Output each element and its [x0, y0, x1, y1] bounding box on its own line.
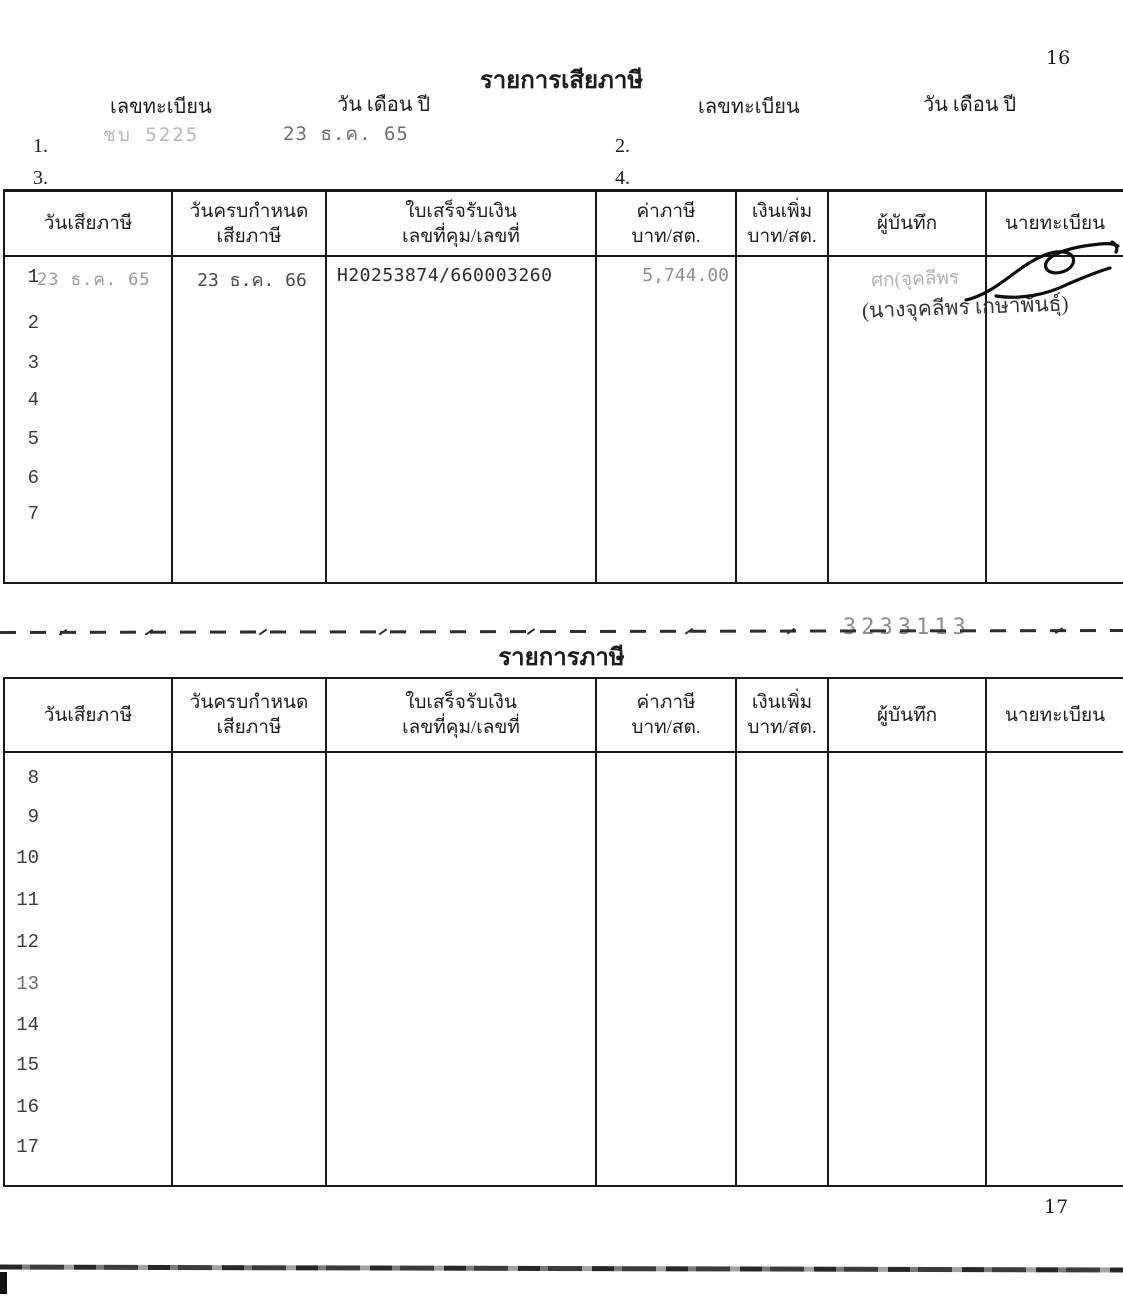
- header-tax-date: วันเสียภาษี: [5, 192, 171, 255]
- registration-label-left: เลขทะเบียน: [110, 90, 212, 122]
- table1-row-number: 7: [11, 503, 39, 525]
- header-receipt: ใบเสร็จรับเงินเลขที่คุม/เลขที่: [327, 679, 595, 751]
- table2-column-divider: [325, 679, 327, 1185]
- row1-tax-date-stamp: 23 ธ.ค. 65: [37, 266, 151, 293]
- date-label-left: วัน เดือน ปี: [337, 88, 430, 120]
- header-surcharge-line2: บาท/สต.: [737, 715, 827, 740]
- header-recorder: ผู้บันทึก: [829, 679, 985, 751]
- header-tax-date-label: วันเสียภาษี: [5, 211, 171, 236]
- perforation-tick: [527, 628, 536, 635]
- header-tax-amount-line1: ค่าภาษี: [597, 199, 735, 224]
- table2-column-divider: [171, 679, 173, 1185]
- section2-title: รายการภาษี: [0, 637, 1123, 676]
- tax-record-table-1: วันเสียภาษี วันครบกำหนดเสียภาษี ใบเสร็จร…: [3, 189, 1123, 584]
- table2-row-number: 9: [11, 806, 39, 828]
- header-tax-amount-line2: บาท/สต.: [597, 715, 735, 740]
- header-surcharge: เงินเพิ่มบาท/สต.: [737, 192, 827, 255]
- perforation-tick: [787, 628, 796, 635]
- item-number-3: 3.: [33, 167, 48, 190]
- header-tax-amount: ค่าภาษีบาท/สต.: [597, 679, 735, 751]
- perforation-tick: [59, 629, 68, 636]
- header-surcharge-line2: บาท/สต.: [737, 224, 827, 249]
- perforation-tick: [145, 629, 154, 636]
- table1-row-number: 2: [11, 312, 39, 334]
- table2-column-divider: [985, 679, 987, 1185]
- table2-row-number: 12: [11, 931, 39, 953]
- row1-receipt-number: H20253874/660003260: [337, 265, 552, 286]
- header-recorder-label: ผู้บันทึก: [829, 211, 985, 236]
- table2-row-number: 17: [11, 1136, 39, 1158]
- header-surcharge-line1: เงินเพิ่ม: [737, 690, 827, 715]
- table1-row-number: 3: [11, 352, 39, 374]
- scan-edge-artifact-line: [0, 1265, 1123, 1273]
- table2-row-number: 13: [11, 973, 39, 995]
- perforation-tick: [1055, 627, 1064, 634]
- page-number-bottom: 17: [1044, 1196, 1068, 1218]
- registration-label-right: เลขทะเบียน: [698, 90, 800, 122]
- table2-row-number: 8: [11, 767, 39, 789]
- row1-tax-amount: 5,744.00: [597, 265, 729, 286]
- table2-column-divider: [735, 679, 737, 1185]
- table2-row-number: 16: [11, 1096, 39, 1118]
- header-due-date: วันครบกำหนดเสียภาษี: [173, 679, 325, 751]
- row1-due-date-stamp: 23 ธ.ค. 66: [183, 265, 321, 294]
- table1-row-number: 5: [11, 428, 39, 450]
- header-receipt-line1: ใบเสร็จรับเงิน: [327, 199, 595, 224]
- header-tax-date-label: วันเสียภาษี: [5, 703, 171, 728]
- item-number-1: 1.: [33, 135, 48, 158]
- table1-header-separator: [5, 255, 1123, 257]
- scan-edge-artifact-blob: [0, 1272, 7, 1294]
- scanned-tax-record-page: { "page": { "top_page_number": "16", "bo…: [0, 0, 1123, 1299]
- table2-column-divider: [595, 679, 597, 1185]
- header-surcharge-line1: เงินเพิ่ม: [737, 199, 827, 224]
- header-due-date-line1: วันครบกำหนด: [173, 199, 325, 224]
- item1-registration-stamp: ชบ 5225: [103, 120, 199, 150]
- table2-row-number: 15: [11, 1054, 39, 1076]
- header-tax-amount-line2: บาท/สต.: [597, 224, 735, 249]
- table2-row-number: 10: [11, 847, 39, 869]
- table2-row-number: 11: [11, 889, 39, 911]
- table2-row-number: 14: [11, 1014, 39, 1036]
- item-number-4: 4.: [615, 167, 630, 190]
- table1-row-number: 4: [11, 389, 39, 411]
- header-due-date: วันครบกำหนดเสียภาษี: [173, 192, 325, 255]
- header-due-date-line2: เสียภาษี: [173, 715, 325, 740]
- table1-row-number: 1: [11, 266, 39, 288]
- header-registrar: นายทะเบียน: [987, 679, 1123, 751]
- perforation-tick: [379, 628, 388, 635]
- header-registrar-label: นายทะเบียน: [987, 211, 1123, 236]
- row1-recorder-stamp-faint: ศก(จุคลีพร: [871, 262, 960, 295]
- tax-record-table-2: วันเสียภาษี วันครบกำหนดเสียภาษี ใบเสร็จร…: [3, 677, 1123, 1187]
- perforation-tick: [259, 629, 268, 636]
- item-number-2: 2.: [615, 135, 630, 158]
- header-due-date-line1: วันครบกำหนด: [173, 690, 325, 715]
- item1-date-stamp: 23 ธ.ค. 65: [283, 119, 409, 149]
- header-receipt-line2: เลขที่คุม/เลขที่: [327, 224, 595, 249]
- header-receipt-line1: ใบเสร็จรับเงิน: [327, 690, 595, 715]
- header-tax-amount-line1: ค่าภาษี: [597, 690, 735, 715]
- header-tax-date: วันเสียภาษี: [5, 679, 171, 751]
- date-label-right: วัน เดือน ปี: [923, 88, 1016, 120]
- table2-column-divider: [827, 679, 829, 1185]
- header-surcharge: เงินเพิ่มบาท/สต.: [737, 679, 827, 751]
- header-receipt: ใบเสร็จรับเงินเลขที่คุม/เลขที่: [327, 192, 595, 255]
- perforation-tick: [685, 628, 694, 635]
- table1-row-number: 6: [11, 467, 39, 489]
- header-receipt-line2: เลขที่คุม/เลขที่: [327, 715, 595, 740]
- header-tax-amount: ค่าภาษีบาท/สต.: [597, 192, 735, 255]
- header-registrar-label: นายทะเบียน: [987, 703, 1123, 728]
- header-recorder-label: ผู้บันทึก: [829, 703, 985, 728]
- table2-header-separator: [5, 751, 1123, 753]
- registrar-signature: [960, 238, 1123, 308]
- header-due-date-line2: เสียภาษี: [173, 224, 325, 249]
